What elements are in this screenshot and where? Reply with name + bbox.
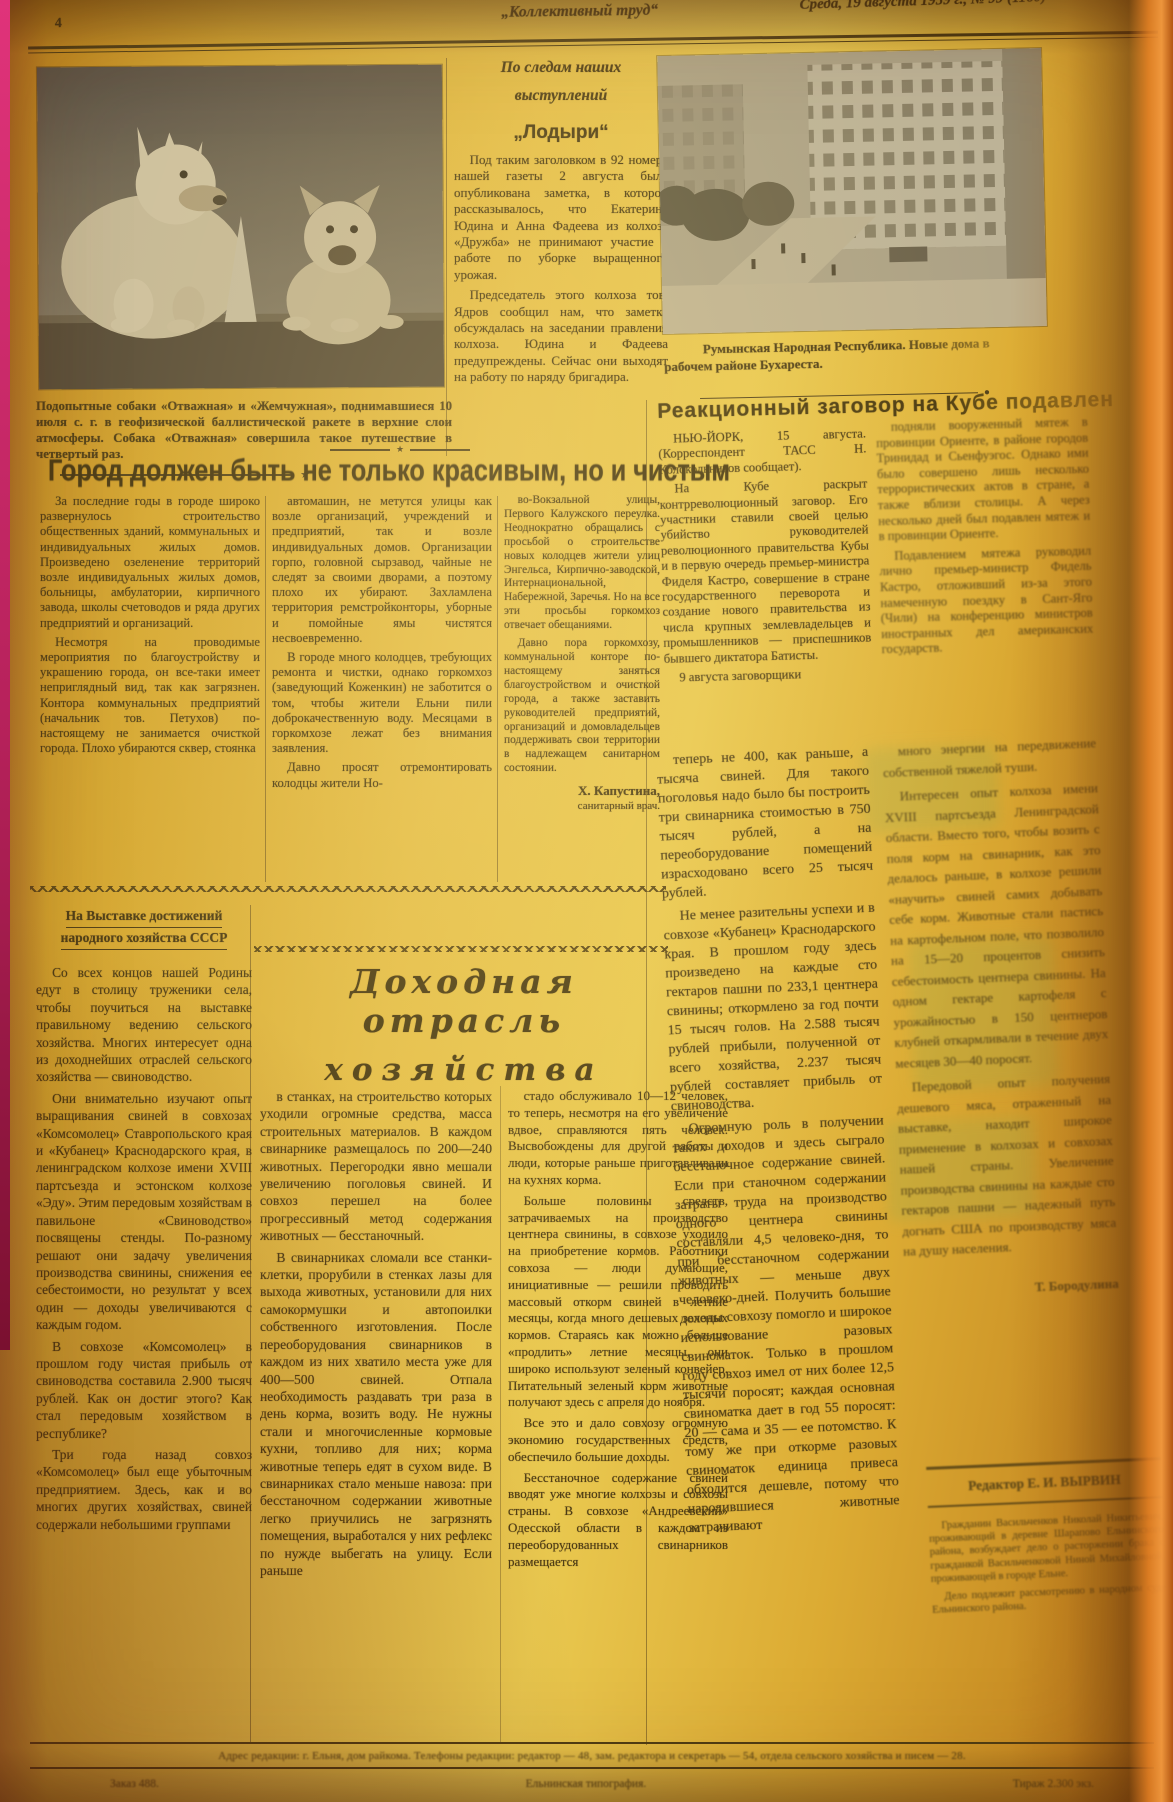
paragraph: Давно просят отремонтировать колодцы жит… <box>272 760 492 790</box>
exhibition-article: На Выставке достижений народного хозяйст… <box>36 906 252 1744</box>
paragraph: Передовой опыт получения дешевого мяса, … <box>896 1069 1118 1262</box>
paragraph: В городе много колодцев, требующих ремон… <box>272 650 492 756</box>
profitable-col-1: в станках, на строительство которых уход… <box>260 1088 492 1744</box>
exhibition-rubric: На Выставке достижений народного хозяйст… <box>36 906 252 950</box>
city-signature-role: санитарный врач. <box>578 800 660 812</box>
paragraph: Дело подлежит рассмотрению в народном су… <box>931 1581 1167 1618</box>
cuba-col-2: подняли вооруженный мятеж в провинции Ор… <box>876 415 1096 744</box>
followup-body: Под таким заголовком в 92 номере нашей г… <box>454 152 668 386</box>
paragraph: много энергии на передвижение собственно… <box>882 733 1098 783</box>
paragraph: 9 августа заговорщики <box>664 666 872 687</box>
vrule-city-2 <box>497 496 498 882</box>
paragraph: автомашин, не метутся улицы как возле ор… <box>272 494 492 646</box>
profitable-signature-name: Т. Бородулина <box>1035 1275 1119 1293</box>
editor-block: Редактор Е. И. ВЫРВИН Гражданин Васильче… <box>926 1457 1167 1621</box>
wavy-divider-mid <box>254 946 668 952</box>
paragraph: Председатель этого колхоза тов. Ядров со… <box>454 287 668 385</box>
vrule-city-1 <box>265 496 266 882</box>
bucharest-photo-art <box>657 48 1047 334</box>
profitable-col-4: много энергии на передвижение собственно… <box>882 733 1125 1441</box>
footer-rule-top <box>30 1742 1154 1744</box>
paragraph: в станках, на строительство которых уход… <box>260 1088 492 1245</box>
footer-printer: Ельнинская типография. <box>526 1778 647 1790</box>
bucharest-photo <box>657 48 1047 334</box>
followup-rubric-2: выступлений <box>454 86 668 106</box>
paragraph: во-Вокзальной улицы, Первого Калужского … <box>504 494 660 633</box>
left-page-edge <box>0 0 10 1350</box>
editor-line: Редактор Е. И. ВЫРВИН <box>927 1470 1162 1496</box>
paragraph: Гражданин Васильченков Николай Никитьеви… <box>928 1510 1166 1587</box>
divider-bar <box>330 449 390 451</box>
paragraph: Несмотря на проводимые мероприятия по бл… <box>40 635 260 757</box>
page-number: 4 <box>55 16 62 32</box>
city-col-3-body: во-Вокзальной улицы, Первого Калужского … <box>504 494 660 776</box>
paragraph: Подавлением мятежа руководил лично премь… <box>879 543 1094 658</box>
profitable-col-4-body: много энергии на передвижение собственно… <box>882 733 1118 1262</box>
paragraph: За последние годы в городе широко развер… <box>40 494 260 631</box>
paragraph: Не менее разительны успехи и в совхозе «… <box>663 899 884 1117</box>
paragraph: Огромную роль в получении таких доходов … <box>671 1111 900 1538</box>
wavy-divider-left <box>30 886 666 892</box>
vrule-profitable <box>500 1086 501 1744</box>
header-rule-thick <box>28 31 1158 50</box>
paragraph: В совхозе «Комсомолец» в прошлом году чи… <box>36 1338 252 1442</box>
profitable-title-line2: хозяйства <box>262 1052 666 1088</box>
followup-article: По следам наших выступлений „Лодыри“ Под… <box>454 58 668 458</box>
exhibition-rubric-line2: народного хозяйства СССР <box>61 928 228 950</box>
divider-bar <box>410 449 470 451</box>
city-signature: Х. Капустина, санитарный врач. <box>504 784 660 814</box>
footer-rule-bottom <box>30 1767 1154 1769</box>
right-curved-region: теперь не 400, как раньше, а тысяча свин… <box>648 729 1173 1761</box>
footer-order-number: Заказ 488. <box>110 1778 159 1790</box>
profitable-signature: Т. Бородулина <box>904 1273 1119 1302</box>
city-col-3: во-Вокзальной улицы, Первого Калужского … <box>504 494 660 884</box>
city-signature-name: Х. Капустина, <box>578 783 660 798</box>
paragraph: В свинарниках сломали все станки-клетки,… <box>260 1249 492 1580</box>
vrule-followup <box>446 58 447 456</box>
paragraph: На Кубе раскрыт контрреволюционный загов… <box>659 477 872 667</box>
space-dogs-photo <box>37 65 444 390</box>
cuba-article: Реакционный заговор на Кубе подавлен НЬЮ… <box>655 386 1173 749</box>
dateline: Среда, 19 августа 1959 г., № 99 (1160) <box>799 0 1169 14</box>
profitable-title: Доходная отрасль хозяйства <box>262 962 666 1088</box>
profitable-col-3: теперь не 400, как раньше, а тысяча свин… <box>656 743 909 1736</box>
city-col-1: За последние годы в городе широко развер… <box>40 494 260 884</box>
paragraph: Они внимательно изучают опыт выращивания… <box>36 1090 252 1334</box>
footer-circulation: Тираж 2.300 экз. <box>1013 1778 1094 1790</box>
editor-rule-bottom <box>928 1496 1163 1507</box>
bucharest-caption: Румынская Народная Республика. Новые дом… <box>664 334 1065 375</box>
paragraph: Под таким заголовком в 92 номере нашей г… <box>454 152 668 283</box>
footer-address-line: Адрес редакции: г. Ельня, дом райкома. Т… <box>30 1750 1154 1762</box>
exhibition-rubric-line1: На Выставке достижений <box>66 906 223 928</box>
paragraph: Со всех концов нашей Родины едут в столи… <box>36 964 252 1086</box>
editor-rule-top <box>926 1457 1161 1470</box>
city-headline: Город должен быть не только красивым, но… <box>48 452 649 489</box>
city-col-2: автомашин, не метутся улицы как возле ор… <box>272 494 492 884</box>
paragraph: Интересен опыт колхоза имени XVIII партс… <box>884 778 1110 1074</box>
profitable-title-line1: Доходная отрасль <box>262 962 666 1040</box>
followup-title: „Лодыри“ <box>454 122 668 144</box>
paragraph: теперь не 400, как раньше, а тысяча свин… <box>656 743 874 904</box>
page-footer: Адрес редакции: г. Ельня, дом райкома. Т… <box>30 1742 1154 1790</box>
paragraph: Три года назад совхоз «Комсомолец» был е… <box>36 1446 252 1533</box>
exhibition-body: Со всех концов нашей Родины едут в столи… <box>36 964 252 1533</box>
paragraph: Давно пора горкомхозу, коммунальной конт… <box>504 637 660 776</box>
paragraph: подняли вооруженный мятеж в провинции Ор… <box>876 415 1091 545</box>
announcement: Гражданин Васильченков Николай Никитьеви… <box>928 1510 1167 1618</box>
followup-rubric-1: По следам наших <box>454 58 668 78</box>
masthead: „Коллективный труд“ <box>450 1 710 23</box>
newspaper-page: 4 „Коллективный труд“ Среда, 19 августа … <box>0 0 1173 1802</box>
space-dogs-photo-art <box>37 65 444 390</box>
